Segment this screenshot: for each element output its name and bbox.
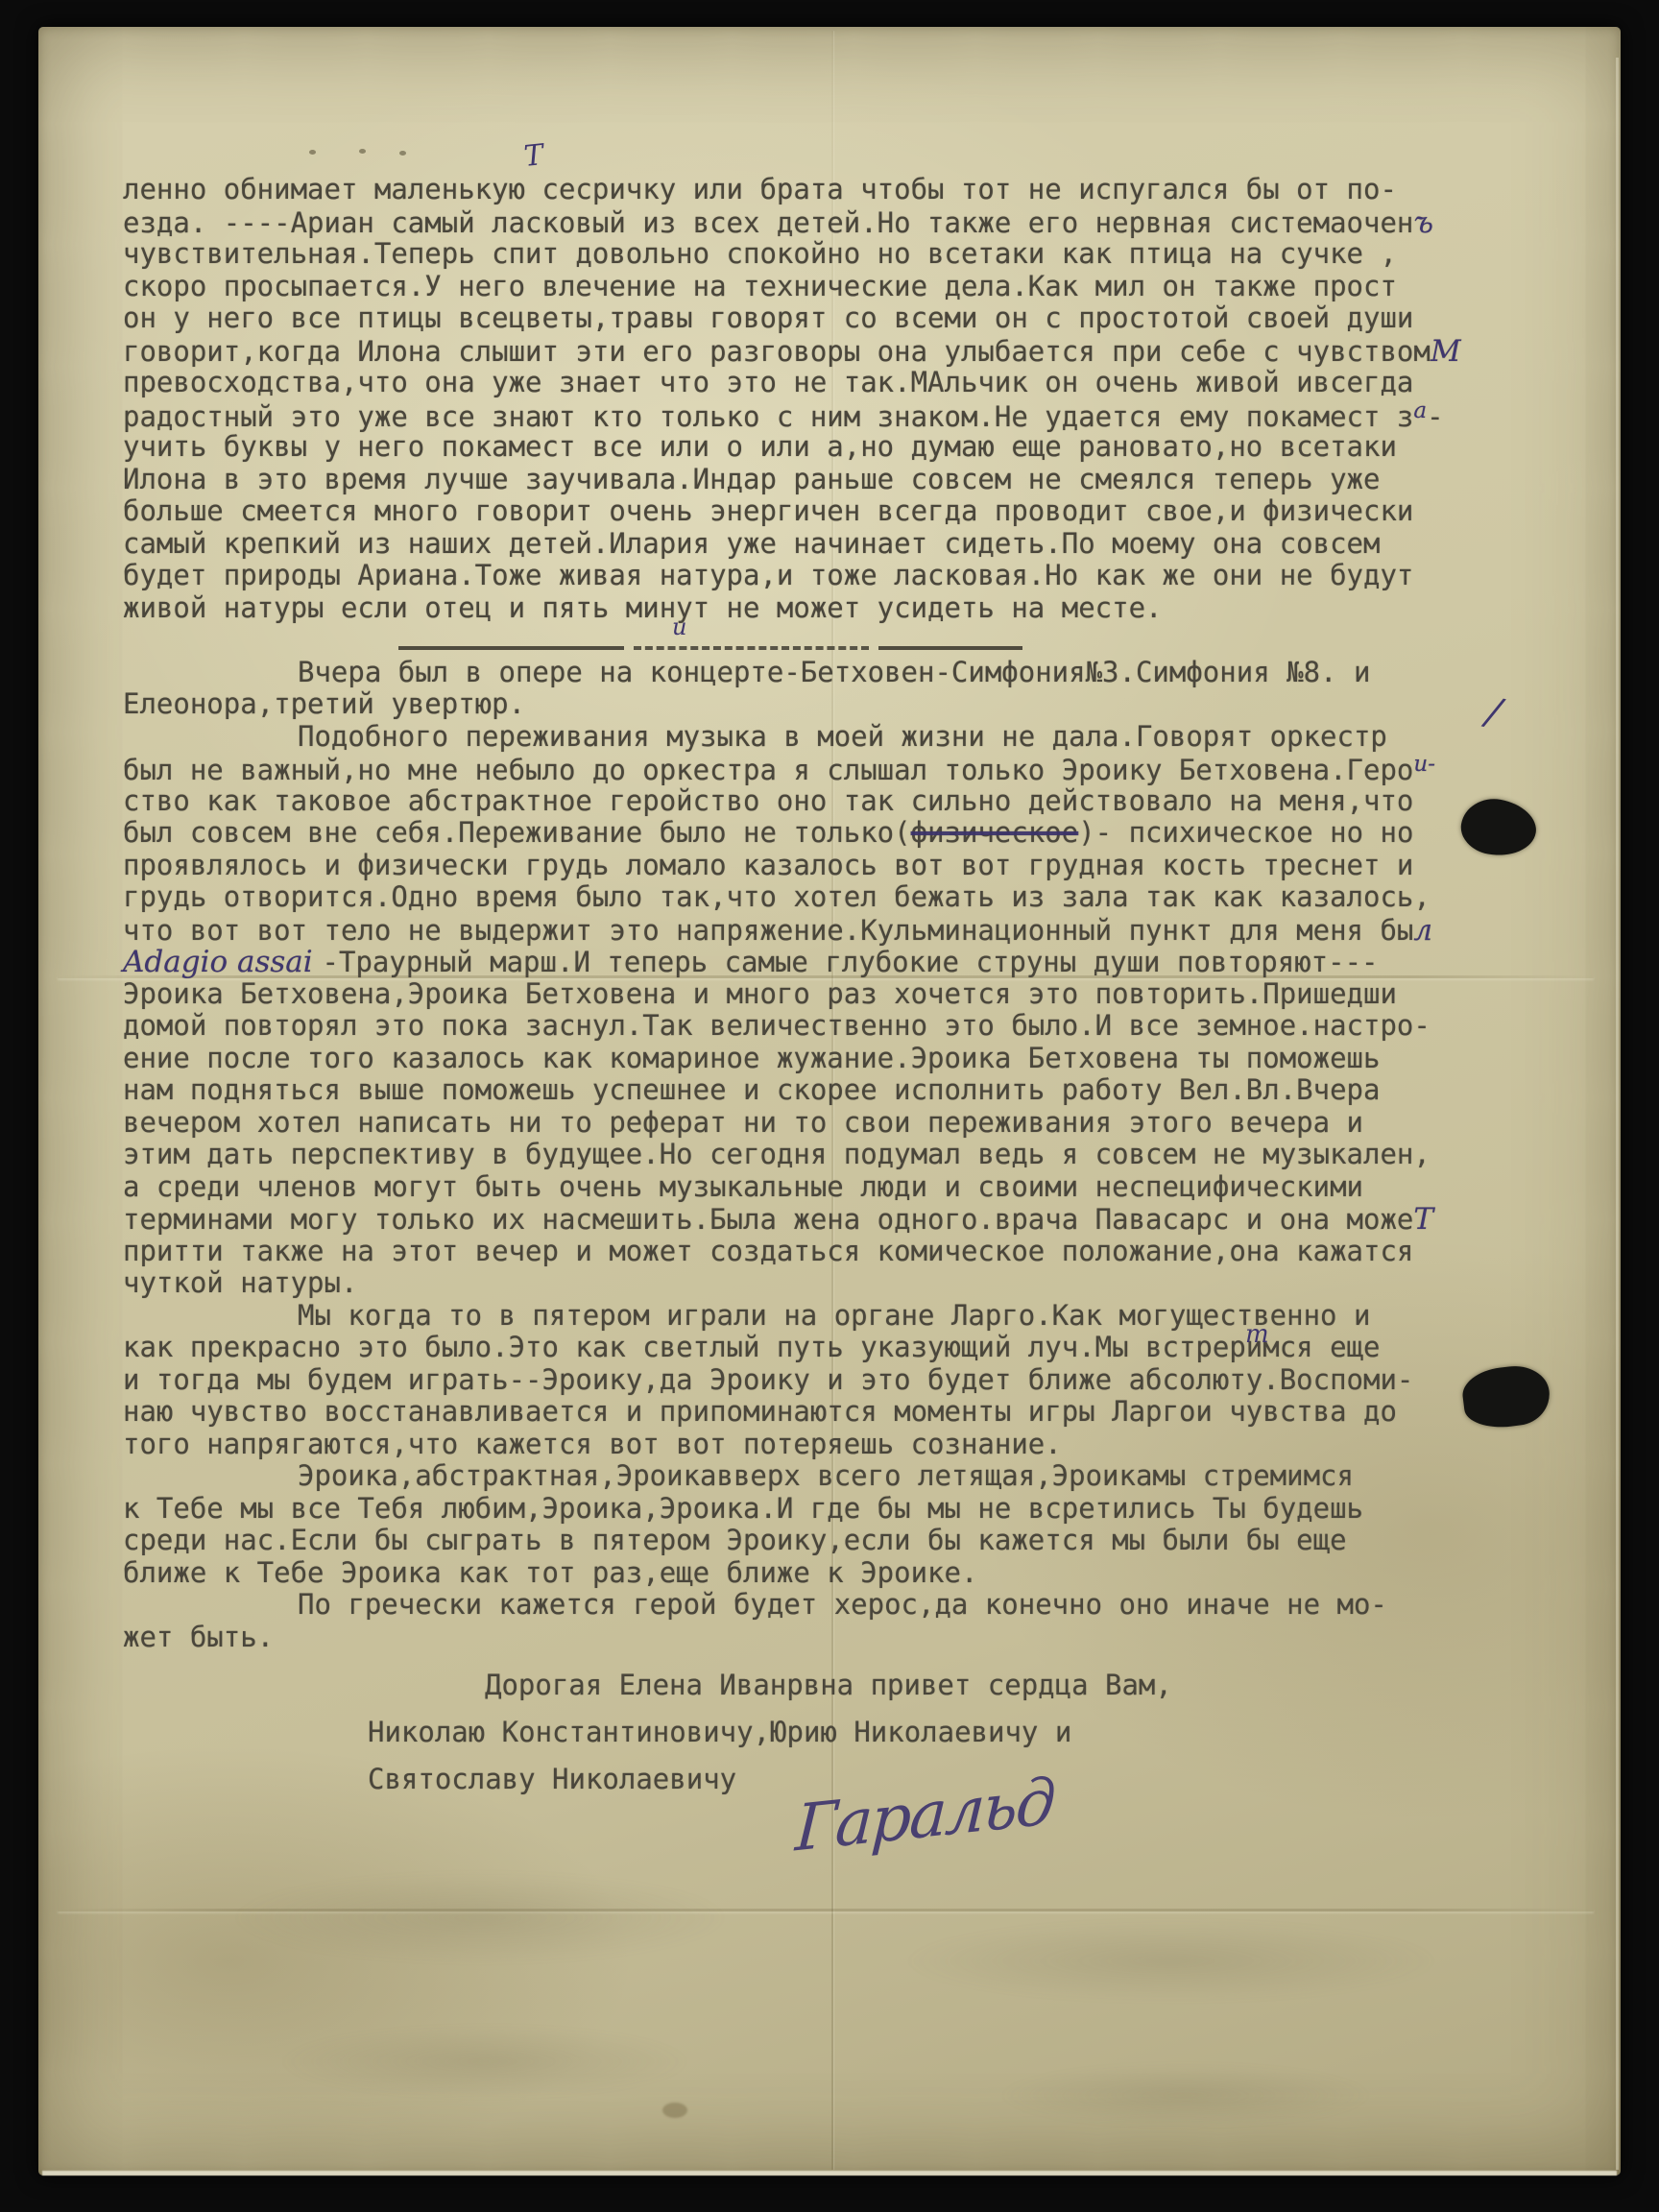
typed-line: домой повторял это пока заснул.Так велич…: [123, 1009, 1431, 1041]
typed-line: Подобного переживания музыка в моей жизн…: [123, 720, 1387, 752]
typed-text: был совсем вне себя.Переживание было не …: [123, 816, 911, 849]
typed-line: жет быть.: [123, 1621, 274, 1652]
typed-line: нам подняться выше поможешь успешнее и с…: [123, 1073, 1380, 1105]
typed-line: того напрягаются,что кажется вот вот пот…: [123, 1428, 1062, 1459]
typed-text: ение после того казалось как комариное ж…: [123, 1042, 1380, 1074]
typed-text: больше смеется много говорит очень энерг…: [123, 494, 1413, 527]
typed-text: превосходства,что она уже знает что это …: [123, 366, 1413, 398]
typed-line: Вчера был в опере на концерте-Бетховен-С…: [123, 656, 1370, 687]
typed-text: самый крепкий из наших детей.Илария уже …: [123, 527, 1380, 560]
typed-line: скоро просыпается.У него влечение на тех…: [123, 270, 1397, 301]
typed-text: к Тебе мы все Тебя любим,Эроика,Эроика.И…: [123, 1492, 1363, 1525]
paper-edge-highlight: [1616, 58, 1619, 2170]
typed-text: Вчера был в опере на концерте-Бетховен-С…: [298, 656, 1370, 688]
typed-line: среди нас.Если бы сыграть в пятером Эрои…: [123, 1524, 1347, 1555]
typed-line: что вот вот тело не выдержит это напряже…: [123, 913, 1432, 945]
typed-text: и тогда мы будем играть--Эроику,да Эроик…: [123, 1363, 1413, 1396]
closing-line: Николаю Константиновичу,Юрию Николаевичу…: [368, 1716, 1071, 1748]
handwritten-correction: а: [1413, 398, 1427, 423]
typed-text: -Траурный марш.И теперь самые глубокие с…: [323, 946, 1379, 978]
ink-speck: [359, 149, 366, 154]
typed-line: будет природы Ариана.Тоже живая натура,и…: [123, 559, 1413, 590]
ink-speck: [399, 151, 406, 156]
typed-line: к Тебе мы все Тебя любим,Эроика,Эроика.И…: [123, 1492, 1363, 1524]
typed-line: ближе к Тебе Эроика как тот раз,еще ближ…: [123, 1556, 977, 1588]
typed-text: ближе к Тебе Эроика как тот раз,еще ближ…: [123, 1556, 977, 1589]
typed-line: радостный это уже все знают кто только с…: [123, 398, 1444, 430]
show-through-smudge: [278, 2026, 691, 2098]
scanned-letter-photo: { "letter": { "colors": { "frame": "#0b0…: [0, 0, 1659, 2212]
handwritten-correction: Adagio assai: [123, 945, 323, 979]
handwritten-annotation: т: [1245, 1322, 1269, 1347]
paper-edge-highlight: [42, 2171, 1617, 2176]
typed-text: этим дать перспективу в будущее.Но сегод…: [123, 1138, 1431, 1170]
typed-text: а среди членов могут быть очень музыкаль…: [123, 1170, 1363, 1203]
typed-line: Илона в это время лучше заучивала.Индар …: [123, 463, 1380, 494]
typed-line: больше смеется много говорит очень энерг…: [123, 494, 1413, 526]
typed-line: самый крепкий из наших детей.Илария уже …: [123, 527, 1380, 559]
show-through-smudge: [902, 1920, 1440, 2002]
typed-line: Елеонора,третий увертюр.: [123, 687, 525, 719]
divider-bar: [398, 646, 624, 650]
typed-line: наю чувство восстанавливается и припомин…: [123, 1395, 1397, 1427]
typed-line: Эроика Бетховена,Эроика Бетховена и мног…: [123, 977, 1397, 1009]
typed-text: он у него все птицы всецветы,травы говор…: [123, 301, 1413, 334]
typed-line: Эроика,абстрактная,Эроикавверх всего лет…: [123, 1459, 1354, 1491]
typed-text: По гречески кажется герой будет херос,да…: [298, 1588, 1387, 1621]
typed-line: ство как таковое абстрактное геройство о…: [123, 784, 1413, 816]
typed-line: ленно обнимает маленькую сесричку или бр…: [123, 173, 1397, 204]
typed-line: По гречески кажется герой будет херос,да…: [123, 1588, 1387, 1620]
typed-line: Мы когда то в пятером играли на органе Л…: [123, 1299, 1370, 1331]
typed-text: Елеонора,третий увертюр.: [123, 687, 525, 720]
typed-text: нам подняться выше поможешь успешнее и с…: [123, 1073, 1380, 1106]
typed-line: терминами могу только их насмешить.Была …: [123, 1202, 1433, 1234]
typed-text: езда. ----Ариан самый ласковый из всех д…: [123, 206, 1413, 239]
typed-text: скоро просыпается.У него влечение на тех…: [123, 270, 1397, 302]
typed-text: Илона в это время лучше заучивала.Индар …: [123, 463, 1380, 495]
typed-line: притти также на этот вечер и может созда…: [123, 1235, 1413, 1266]
section-divider: [398, 645, 1022, 651]
typed-line: этим дать перспективу в будущее.Но сегод…: [123, 1138, 1431, 1169]
typed-text: Эроика,абстрактная,Эроикавверх всего лет…: [298, 1459, 1354, 1492]
typed-text: -: [1427, 400, 1443, 433]
typed-line: Adagio assai -Траурный марш.И теперь сам…: [123, 945, 1379, 976]
typed-text: ство как таковое абстрактное геройство о…: [123, 784, 1413, 817]
show-through-smudge: [998, 2064, 1373, 2127]
typed-line: чуткой натуры.: [123, 1266, 357, 1298]
typed-text: грудь отворится.Одно время было так,что …: [123, 880, 1431, 913]
typed-text: терминами могу только их насмешить.Была …: [123, 1203, 1413, 1236]
typed-line: и тогда мы будем играть--Эроику,да Эроик…: [123, 1363, 1413, 1395]
typed-text: живой натуры если отец и пять минут не м…: [123, 591, 1163, 624]
typed-text: Мы когда то в пятером играли на органе Л…: [298, 1299, 1370, 1332]
typed-body: ленно обнимает маленькую сесричку или бр…: [123, 173, 1563, 1632]
handwritten-annotation: и: [672, 615, 686, 638]
show-through-smudge: [230, 1872, 730, 1963]
typed-text: Подобного переживания музыка в моей жизн…: [298, 720, 1387, 753]
divider-dashes: [634, 646, 869, 650]
handwritten-correction: и-: [1413, 752, 1435, 777]
closing-line: Святославу Николаевичу: [368, 1763, 736, 1795]
typed-text: проявлялось и физически грудь ломало каз…: [123, 849, 1413, 881]
paper-stain: [662, 2103, 687, 2118]
ink-speck: [309, 150, 316, 155]
typed-text: наю чувство восстанавливается и припомин…: [123, 1395, 1397, 1428]
typed-text: )- психическое но но: [1078, 816, 1413, 849]
typed-text: чувствительная.Теперь спит довольно спок…: [123, 237, 1397, 270]
typed-text: того напрягаются,что кажется вот вот пот…: [123, 1428, 1062, 1460]
typed-text: Эроика Бетховена,Эроика Бетховена и мног…: [123, 977, 1397, 1010]
handwritten-correction: физическое: [911, 816, 1079, 849]
typed-text: что вот вот тело не выдержит это напряже…: [123, 914, 1413, 947]
typed-text: учить буквы у него покамест все или о ил…: [123, 430, 1397, 463]
handwritten-correction: л: [1413, 913, 1432, 948]
typed-line: учить буквы у него покамест все или о ил…: [123, 430, 1397, 462]
typed-line: говорит,когда Илона слышит эти его разго…: [123, 334, 1461, 366]
typed-text: среди нас.Если бы сыграть в пятером Эрои…: [123, 1524, 1347, 1556]
divider-bar: [878, 646, 1022, 650]
typed-line: был не важный,но мне небыло до оркестра …: [123, 752, 1435, 783]
typed-text: жет быть.: [123, 1621, 274, 1653]
typed-text: домой повторял это пока заснул.Так велич…: [123, 1009, 1431, 1042]
typed-line: вечером хотел написать ни то реферат ни …: [123, 1106, 1363, 1138]
typed-text: как прекрасно это было.Это как светлый п…: [123, 1331, 1380, 1363]
typed-line: превосходства,что она уже знает что это …: [123, 366, 1413, 397]
typed-text: ленно обнимает маленькую сесричку или бр…: [123, 173, 1397, 205]
typed-text: будет природы Ариана.Тоже живая натура,и…: [123, 559, 1413, 591]
typed-line: ение после того казалось как комариное ж…: [123, 1042, 1380, 1073]
typed-line: езда. ----Ариан самый ласковый из всех д…: [123, 205, 1433, 237]
typed-line: проявлялось и физически грудь ломало каз…: [123, 849, 1413, 880]
typed-line: был совсем вне себя.Переживание было не …: [123, 816, 1413, 848]
typed-line: живой натуры если отец и пять минут не м…: [123, 591, 1163, 623]
typed-text: говорит,когда Илона слышит эти его разго…: [123, 335, 1431, 368]
handwritten-correction: М: [1431, 334, 1461, 369]
closing-line: Дорогая Елена Иванрвна привет сердца Вам…: [485, 1669, 1172, 1701]
typed-line: грудь отворится.Одно время было так,что …: [123, 880, 1431, 912]
handwritten-correction: Т: [1413, 1202, 1433, 1237]
typed-line: чувствительная.Теперь спит довольно спок…: [123, 237, 1397, 269]
handwritten-correction: ъ: [1413, 205, 1433, 240]
typed-text: притти также на этот вечер и может созда…: [123, 1235, 1413, 1267]
typed-text: вечером хотел написать ни то реферат ни …: [123, 1106, 1363, 1139]
typed-line: он у него все птицы всецветы,травы говор…: [123, 301, 1413, 333]
typed-text: чуткой натуры.: [123, 1266, 357, 1299]
typed-text: радостный это уже все знают кто только с…: [123, 400, 1413, 433]
typed-line: как прекрасно это было.Это как светлый п…: [123, 1331, 1380, 1362]
typed-text: был не важный,но мне небыло до оркестра …: [123, 754, 1413, 786]
typed-line: а среди членов могут быть очень музыкаль…: [123, 1170, 1363, 1202]
handwritten-annotation: Т: [522, 141, 544, 172]
